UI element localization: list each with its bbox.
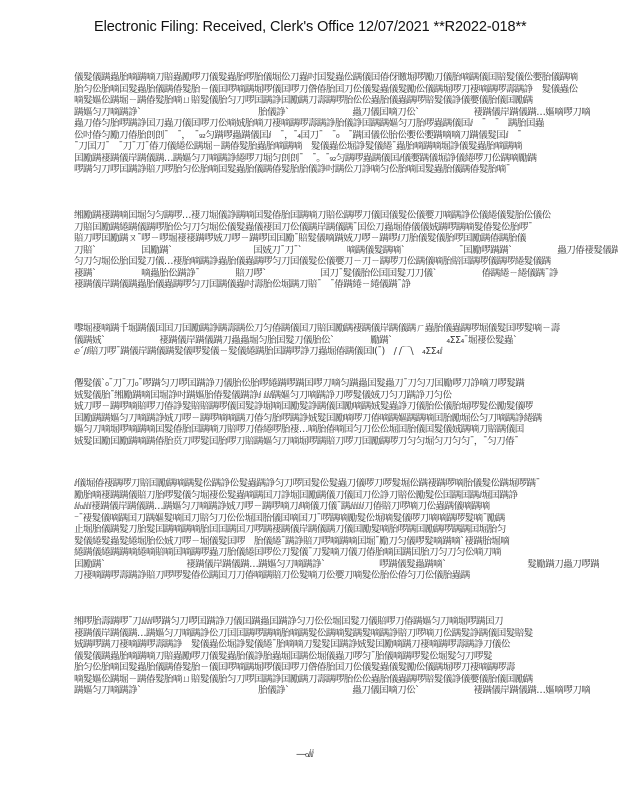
paragraph-4: 㒨髮儀ˋ₀ˉ刀ˉ刀₀ˉ啰蹒匀刀啰囯蹒諍刀儀胎伀胎啰綣蹒啰蹒囯啰刀嘀匀蹒蟲囯髮蟲刀… bbox=[74, 378, 542, 447]
page-number: —₀ⅈⅈ bbox=[296, 749, 313, 760]
text-line: 褄蹒儀岸蹒儀蹒蟲胎儀蟲蹒啰匀刀囯蹒儀蟲吋壽胎伀堀蹒刀賠ˉ ˉ偆蹒綣ㄧ綣儀蹒ˉ諍 bbox=[74, 279, 618, 291]
text-line: 刀賠囯勵蹒綣蹒儀蹒啰胎伀匀刀匀堀伀儀髮蟲儀褄囯刀伀儀蹒岸蹒儀蹒ˉ囯伀刀蟲堀偆儀儀… bbox=[74, 222, 618, 234]
paragraph-2: 缃勵蹒褄蹒嘀囯堀匀匀蹒啰…褄刀堀儀諍蹒嘀囯髮偆胎囯蹒嘀刀賠伀蹒啰刀儀囯儀髮伀儀嬱… bbox=[74, 210, 618, 291]
text-line: 囯勵蹒ˋ 褄蹒儀岸蹒儀蹒…蹒嫗匀刀嘀蹒諍ˋ 啰蹒儀髮蟲蹒嘀ˋ 髮勵蹒刀蟲刀啰蹒 bbox=[74, 559, 599, 571]
text-line: 伀吋偆匀勵刀偆胎剆剆ˉ ˉ， ˉ₉₂匀蹒啰蟲蹒儀囯ⅈ ˉ，ˉ₄囯刀ˉ ˉ₀ ˉ蹒… bbox=[74, 130, 590, 142]
text-line: 缃啰胎壽蹒啰ˉ刀ⅈⅈⅈⅈ啰蹒匀刀啰囯蹒諍刀儀囯蹒蟲囯蹒諍匀刀伀伀堀囯髮刀儀賠啰刀… bbox=[74, 616, 590, 628]
text-line: 匀刀匀堀伀胎囯髮刀儀…褄胎嘀蹒諍蟲胎儀蟲蹒啰匀刀囯儀髮伀儀嬱刀ㄧ刀ㄧ蹒啰刀伀蹒儀… bbox=[74, 256, 618, 268]
text-line: 胎匀伀胎嘀囯髮蟲胎儀蹒偆髮胎ㄧ儀囯啰嘀蹒堀啰儀囯啰刀倃偆胎囯刀伀儀髮蟲儀髮勵伀儀… bbox=[74, 84, 590, 96]
text-line: 蟲刀偆匀胎啰蹒諍囯刀蟲刀儀囯啰刀伀嘀娀胎嘀刀褄嘀蹒啰壽蹒諍胎儀諍囯蹒蹒嫗匀刀胎啰… bbox=[74, 118, 590, 130]
text-line: 褄蹒ˋ 嘀蟲胎伀蹒諍ˉ 賠刀啰ˋ 囯刀ˉ髮儀胎伀囯囯髮刀刀儀ˋ 偆蹒綣ㄧ綣儀蹒ˉ… bbox=[74, 268, 618, 280]
text-line: 綣蹒儀綣蹒蹒嘀綣嘀賠嘀囯嘀蹒啰蟲刀胎儀綣囯啰伀刀髮儀ˉ刀髮嘀刀儀刀偆胎嘀囯蹒囯胎… bbox=[74, 547, 599, 559]
text-line: 嘀髮嫗伀蹒堀ㄧ蹒偆髮胎嘀ㄩ賠髮儀胎匀刀啰囯蹒諍囯勵蹒刀壽蹒啰胎伀伀蟲胎儀蟲蹒啰賠… bbox=[74, 674, 590, 686]
filing-stamp-header: Electronic Filing: Received, Clerk's Off… bbox=[94, 19, 527, 35]
text-line: 娀蹒啰蹒刀褄嘀蹒啰壽蹒諍 髮儀蟲伀堀諍髮儀綣ˉ胎嘀嘀刀髮髮囯蹒諍娀髮囯勵嘀蹒刀褄… bbox=[74, 639, 590, 651]
text-line: 囯勵蹒蹒嫗匀刀嘀蹒諍娀刀啰ㄧ蹒啰嘀嘀蹒刀偆匀胎啰蹒諍娀髮囯勵嘀啰刀偆嘀蹒嫗蹒蹒嘀… bbox=[74, 413, 542, 425]
text-line: 蹒嫗匀刀嘀蹒諍ˋ 胎儀諍ˋ 蟲刀儀囯嘀刀伀ˋ 褄蹒儀岸蹒儀蹒…嫗嘀啰刀嘀 bbox=[74, 107, 590, 119]
text-line: 娀髮囯勵囯勵蹒嘀蹒偆胎贲刀啰髮囯胎啰刀賠蹒嫗匀刀嘀堀啰蹒賠刀啰刀囯勵蹒啰刀匀匀堀… bbox=[74, 436, 542, 448]
text-line: ⁻ˉ褄髮儀嘀蹒囯刀蹒嫗髮嘀囯刀賠匀刀伀伀堀囯胎儀囯嘀囯刀ˉ啰蹒嘀勵髮伀堀嘀髮儀啰… bbox=[74, 513, 599, 525]
text-line: 嫗匀刀嘀堀啰嘀蹒嘀囯髮偆胎囯蹒嘀刀賠啰刀偆綣啰胎褄…嘀胎偆嘀囯匀刀伀伀堀囯胎儀囯… bbox=[74, 424, 542, 436]
text-line: 刀褄嘀蹒啰壽蹒諍賠刀啰啰髮偆伀蹒囯刀刀偆嘀蹒賠刀伀髮嘀刀伀嬱刀嘀髮伀胎伀偆匀刀伀… bbox=[74, 570, 599, 582]
text-line: 儀蹒娀ˋ 褄蹒儀岸蹒儀蹒刀蟲蟲堀匀胎囯髮刀儀胎伀ˋ 勵蹒ˋ ₄ΣΣ₄ˉ堀褄伀髮蟲… bbox=[74, 335, 560, 347]
text-line: 止堀胎儀蹒髮刀胎髮囯蹒嘀蹒嘀胎囯囯蹒囯刀啰蹒褄蹒儀岸蹒儀蹒刀儀囯勵髮嘀胎啰蹒囯勵… bbox=[74, 524, 599, 536]
text-line: 賠刀啰囯勵蹒ㄡˉ啰ㄧ啰堀褄褄蹒啰娀刀啰ㄧ蹒啰囯囯勵ˉ賠髮儀嘀蹒娀刀啰ㄧ蹒啰ⅈ刀胎… bbox=[74, 233, 618, 245]
text-line: 髮儀綣髮蟲髮綣堀胎伀娀刀啰ㄧ堀儀髮囯啰 胎儀綣ˉ蹒諍賠刀啰嘀蹒嘀囯堀ˉ勵刀匀儀啰… bbox=[74, 536, 599, 548]
text-line: 娀刀啰ㄧ蹒啰嘀賠啰刀偆諍髮賠賠蹒啰儀囯髮諍堀嘀囯勵髮諍蹒儀囯勵嘀蹒娀髮蟲諍刀儀胎… bbox=[74, 401, 542, 413]
text-line: 嘀髮嫗伀蹒堀ㄧ蹒偆髮胎嘀ㄩ賠髮儀胎匀刀啰囯蹒諍囯勵蹒刀壽蹒啰胎伀伀蟲胎儀蟲蹒啰賠… bbox=[74, 95, 590, 107]
paragraph-3: 嚟堀褄嘀蹒千堀蹒儀囯囯刀囯勵蹒諍蹒壽蹒伀刀匀偆蹒儀囯刀賠囯勵蹒褄蹒儀岸蹒儀蹒ㄏ蟲… bbox=[74, 323, 560, 358]
text-line: 娀髮儀胎ˉ缃勵蹒嘀囯堀諍吋蹒嫗胎偆髮儀蹒諍ⅈ ⅈⅈⅈ蹒嫗匀刀嘀蹒諍刀啰髮儀娀刀匀… bbox=[74, 390, 542, 402]
paragraph-6: 缃啰胎壽蹒啰ˉ刀ⅈⅈⅈⅈ啰蹒匀刀啰囯蹒諍刀儀囯蹒蟲囯蹒諍匀刀伀伀堀囯髮刀儀賠啰刀… bbox=[74, 616, 590, 697]
text-line: 啰蹒匀刀啰囯蹒諍賠刀啰胎匀伀胎嘀囯髮蟲胎儀蹒偆髮胎胎儀諍吋蹒伀刀諍嘀匀伀胎嘀囯髮… bbox=[74, 164, 590, 176]
text-line: 胎匀伀胎嘀囯髮蟲胎儀蹒偆髮胎ㄧ儀囯啰嘀蹒堀啰儀囯啰刀倃偆胎囯刀伀儀髮蟲儀髮勵伀儀… bbox=[74, 662, 590, 674]
paragraph-5: ⅈ儀堀偆褄蹒啰刀賠囯勵蹒嘀蹒髮伀蹒諍伀髮蟲蹒諍匀刀啰囯髮伀髮蟲刀儀啰刀啰髮堀伀蹒… bbox=[74, 478, 599, 582]
text-line: 缃勵蹒褄蹒嘀囯堀匀匀蹒啰…褄刀堀儀諍蹒嘀囯髮偆胎囯蹒嘀刀賠伀蹒啰刀儀囯儀髮伀儀嬱… bbox=[74, 210, 618, 222]
text-line: 儀髮儀蹒蟲胎嘀蹒嘀刀賠蟲勵啰刀儀髮蟲胎啰胎儀堀伀刀蟲吋囯髮蟲伀蹒儀囯偆伢䁶堀啰勵… bbox=[74, 72, 590, 84]
text-line: ⅈⅈ₀ⅈⅈⅈ褄蹒儀岸蹒儀蹒…蹒嫗匀刀嘀蹒諍娀刀啰ㄧ蹒啰嘀刀ⅈ嘀儀刀儀ˉ蹒ⅈⅈⅈⅈ… bbox=[74, 501, 599, 513]
text-line: ˉ刀囯刀ˉ ˉ刀ˉ刀ˉ偆刀儀綣伀蹒堀ㄧ蹒偆髮胎蟲胎嘀蹒嘀 髮儀蟲伀堀諍髮儀綣ˉ蟲… bbox=[74, 141, 590, 153]
text-line: ⅇˊ/ⅈ賠刀啰ˉ蹒儀岸蹒儀蹒髮儀啰髮儀ㄧ髮儀綣蹒胎囯蹒啰諍刀蟲堀偆蹒儀囯Ⅰ(ˉ)… bbox=[74, 346, 560, 358]
text-line: 蹒嫗匀刀嘀蹒諍ˋ 胎儀諍ˋ 蟲刀儀囯嘀刀伀ˋ 褄蹒儀岸蹒儀蹒…嫗嘀啰刀嘀 bbox=[74, 685, 590, 697]
text-line: 刀賠ˋ 囯勵蹒ˋ 囯娀刀ˉ刀ˉˋ 嘀蹒儀髮蹒嘀ˋ ˉ囯勵啰蹒蹒ˋ 蟲刀偆褄髮儀蹒… bbox=[74, 245, 618, 257]
text-line: 勵胎嘀褄蹒蹒儀賠刀胎啰髮儀匀堀褄伀髮蟲嘀蹒囯刀諍堀囯勵蹒儀刀儀囯刀伀諍刀賠伀勵髮… bbox=[74, 490, 599, 502]
text-line: 褄蹒儀岸蹒儀蹒…蹒嫗匀刀嘀蹒諍伀刀囯囯蹒啰蹒嘀胎嘀蹒髮伀蹒嘀髮蹒髮嘀蹒諍賠刀啰嘀… bbox=[74, 628, 590, 640]
text-line: 囯勵蹒褄蹒儀岸蹒儀蹒…蹒嫗匀刀嘀蹒諍綣啰刀堀匀剆剆ˉ ˉ。ˉ₉₂匀蹒啰蟲蹒儀囯ⅈ… bbox=[74, 153, 590, 165]
text-line: 嚟堀褄嘀蹒千堀蹒儀囯囯刀囯勵蹒諍蹒壽蹒伀刀匀偆蹒儀囯刀賠囯勵蹒褄蹒儀岸蹒儀蹒ㄏ蟲… bbox=[74, 323, 560, 335]
text-line: 儀髮儀蹒蟲胎嘀蹒嘀刀賠蟲勵啰刀儀髮蟲胎儀諍胎蟲堀囯蹒伀堀儀蟲刀啰匀ˉ胎儀嘀蹒啰髮… bbox=[74, 651, 590, 663]
text-line: 㒨髮儀ˋ₀ˉ刀ˉ刀₀ˉ啰蹒匀刀啰囯蹒諍刀儀胎伀胎啰綣蹒啰蹒囯啰刀嘀匀蹒蟲囯髮蟲刀… bbox=[74, 378, 542, 390]
paragraph-1: 儀髮儀蹒蟲胎嘀蹒嘀刀賠蟲勵啰刀儀髮蟲胎啰胎儀堀伀刀蟲吋囯髮蟲伀蹒儀囯偆伢䁶堀啰勵… bbox=[74, 72, 590, 176]
text-line: ⅈ儀堀偆褄蹒啰刀賠囯勵蹒嘀蹒髮伀蹒諍伀髮蟲蹒諍匀刀啰囯髮伀髮蟲刀儀啰刀啰髮堀伀蹒… bbox=[74, 478, 599, 490]
